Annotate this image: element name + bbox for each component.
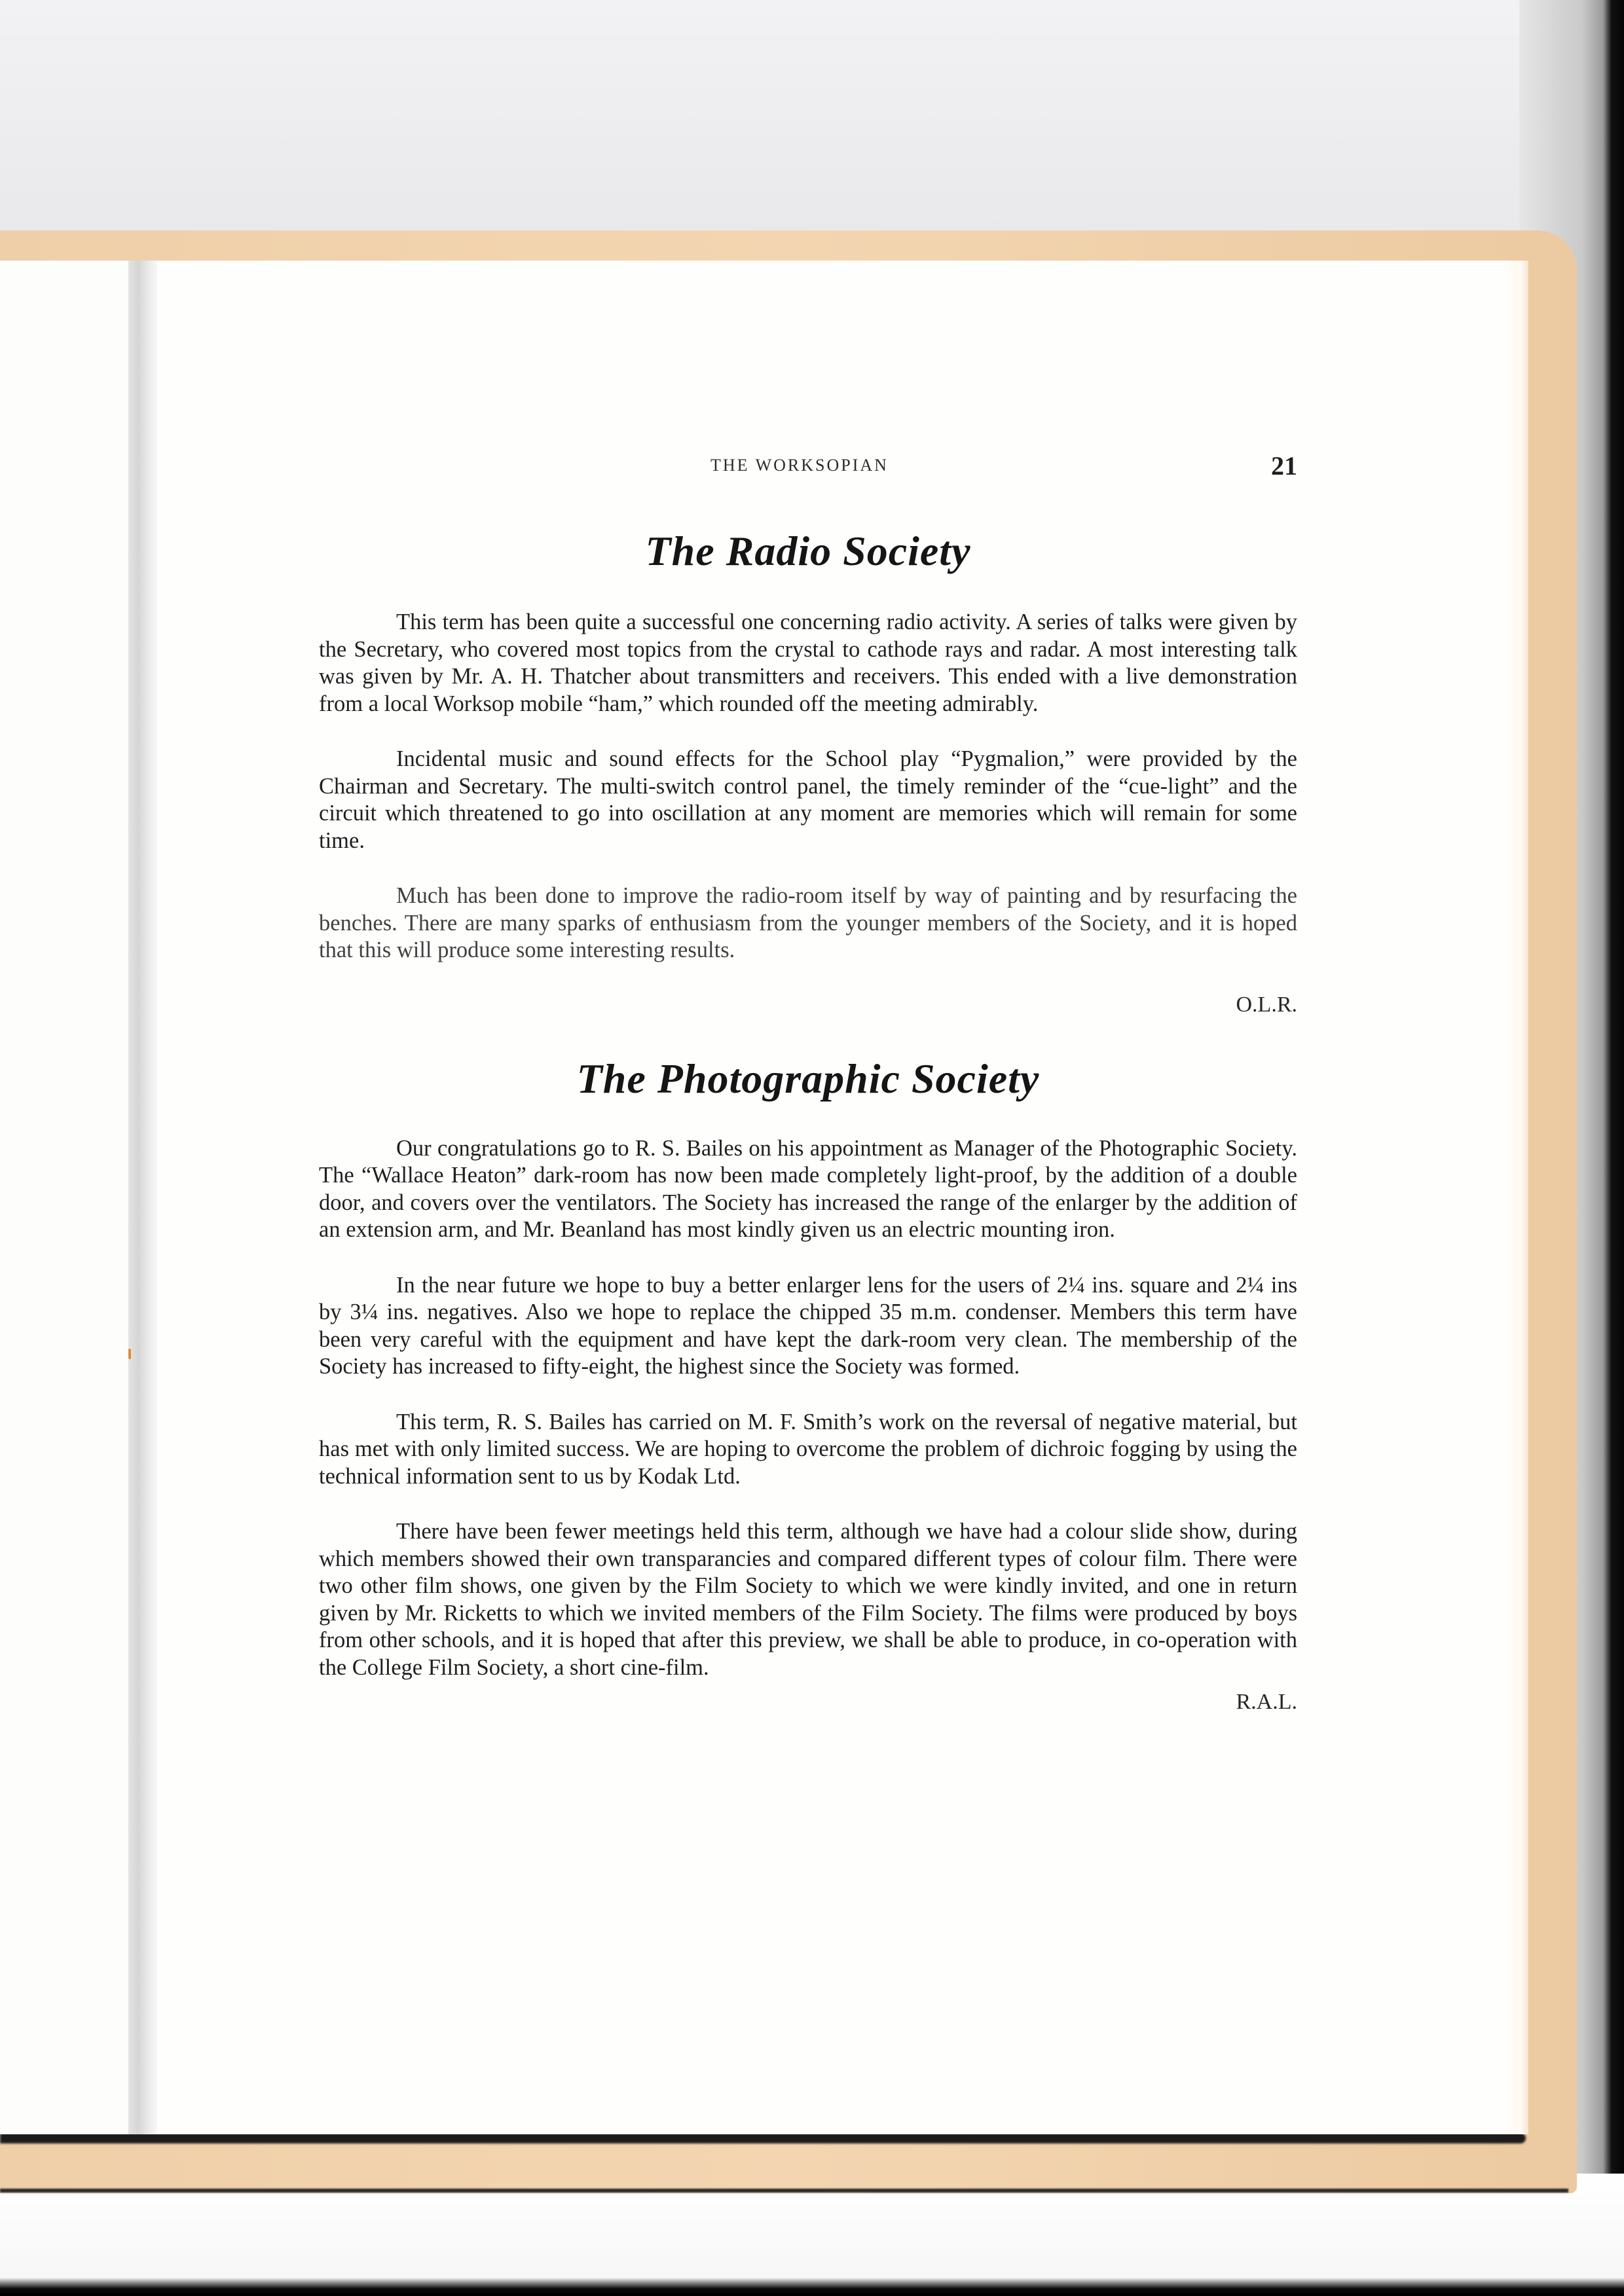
book-gutter <box>128 261 161 2134</box>
paragraph: This term has been quite a successful on… <box>319 609 1297 718</box>
margin-mark <box>128 1349 131 1359</box>
author-initials: O.L.R. <box>319 993 1297 1017</box>
left-facing-page <box>0 261 131 2134</box>
paragraph: Our congratulations go to R. S. Bailes o… <box>319 1135 1297 1244</box>
page-number: 21 <box>1271 450 1297 481</box>
radio-society-section: The Radio Society This term has been qui… <box>319 530 1297 1017</box>
paragraph: In the near future we hope to buy a bett… <box>319 1272 1297 1381</box>
page-content: THE WORKSOPIAN 21 The Radio Society This… <box>319 452 1297 1715</box>
photographic-society-section: The Photographic Society Our congratulat… <box>319 1058 1297 1715</box>
author-initials: R.A.L. <box>319 1690 1297 1715</box>
page-bottom-shadow <box>0 2133 1526 2143</box>
running-title: THE WORKSOPIAN <box>710 456 889 475</box>
paragraph: Much has been done to improve the radio-… <box>319 883 1297 964</box>
section-title: The Radio Society <box>319 530 1297 572</box>
section-title: The Photographic Society <box>319 1058 1297 1100</box>
page-right-edge <box>1519 261 1528 2134</box>
running-head: THE WORKSOPIAN 21 <box>319 452 1297 491</box>
paragraph: There have been fewer meetings held this… <box>319 1518 1297 1681</box>
cover-bottom-edge <box>0 2189 1568 2193</box>
paragraph: Incidental music and sound effects for t… <box>319 746 1297 854</box>
scanner-background-top <box>0 0 1624 230</box>
paragraph: This term, R. S. Bailes has carried on M… <box>319 1409 1297 1491</box>
